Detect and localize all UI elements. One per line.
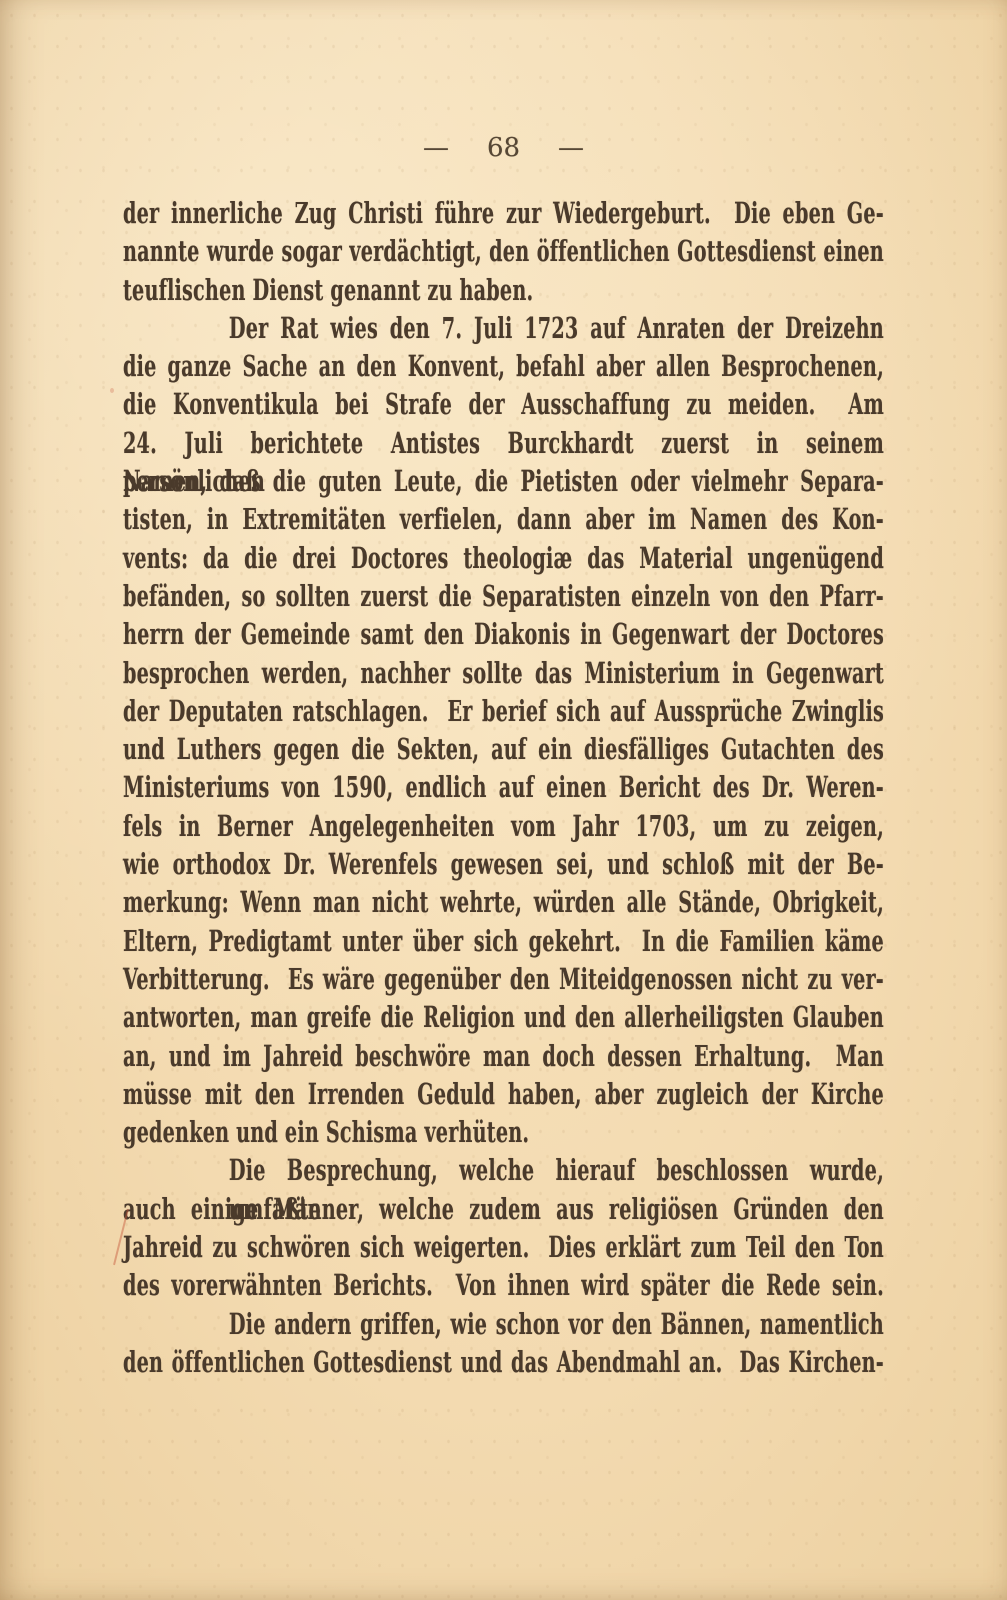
text-line: müsse mit den Irrenden Geduld haben, abe… (123, 1075, 884, 1113)
header-dash-left: — (423, 130, 449, 166)
text-line: tisten, in Extremitäten verfielen, dann … (123, 500, 884, 538)
text-line: und Luthers gegen die Sekten, auf ein di… (123, 730, 884, 768)
text-line: an, und im Jahreid beschwöre man doch de… (123, 1037, 884, 1075)
text-line: antworten, man greife die Religion und d… (123, 998, 884, 1036)
text-line: der innerliche Zug Christi führe zur Wie… (123, 194, 884, 232)
text-line: fels in Berner Angelegenheiten vom Jahr … (123, 807, 884, 845)
text-line: Die Besprechung, welche hierauf beschlos… (123, 1151, 884, 1189)
text-line: Jahreid zu schwören sich weigerten. Dies… (123, 1228, 884, 1266)
text-line: herrn der Gemeinde samt den Diakonis in … (123, 615, 884, 653)
text-line: des vorerwähnten Berichts. Von ihnen wir… (123, 1266, 884, 1304)
text-line: auch einige Männer, welche zudem aus rel… (123, 1190, 884, 1228)
text-line: teuflischen Dienst genannt zu haben. (123, 271, 884, 309)
text-line: wie orthodox Dr. Werenfels gewesen sei, … (123, 845, 884, 883)
text-line: Verbitterung. Es wäre gegenüber den Mite… (123, 960, 884, 998)
text-line: Ministeriums von 1590, endlich auf einen… (123, 768, 884, 806)
text-line: merkung: Wenn man nicht wehrte, würden a… (123, 883, 884, 921)
text-line: der Deputaten ratschlagen. Er berief sic… (123, 692, 884, 730)
text-line: die Konventikula bei Strafe der Ausschaf… (123, 385, 884, 423)
text-line: besprochen werden, nachher sollte das Mi… (123, 654, 884, 692)
paper-speck (110, 388, 114, 393)
text-line: Namen, daß die guten Leute, die Pietiste… (123, 462, 884, 500)
header-dash-right: — (558, 130, 584, 166)
text-line: Eltern, Predigtamt unter über sich gekeh… (123, 922, 884, 960)
text-line: den öffentlichen Gottesdienst und das Ab… (123, 1343, 884, 1381)
text-line: 24. Juli berichtete Antistes Burckhardt … (123, 424, 884, 462)
text-line: Der Rat wies den 7. Juli 1723 auf Anrate… (123, 309, 884, 347)
text-block: der innerliche Zug Christi führe zur Wie… (123, 194, 884, 1381)
page-header: — 68 — (123, 130, 884, 166)
text-line: befänden, so sollten zuerst die Separati… (123, 577, 884, 615)
book-page: — 68 — der innerliche Zug Christi führe … (0, 0, 1007, 1600)
text-line: vents: da die drei Doctores theologiæ da… (123, 539, 884, 577)
text-line: nannte wurde sogar verdächtigt, den öffe… (123, 232, 884, 270)
text-line: Die andern griffen, wie schon vor den Bä… (123, 1305, 884, 1343)
page-number: 68 (487, 130, 520, 166)
text-line: die ganze Sache an den Konvent, befahl a… (123, 347, 884, 385)
text-line: gedenken und ein Schisma verhüten. (123, 1113, 884, 1151)
